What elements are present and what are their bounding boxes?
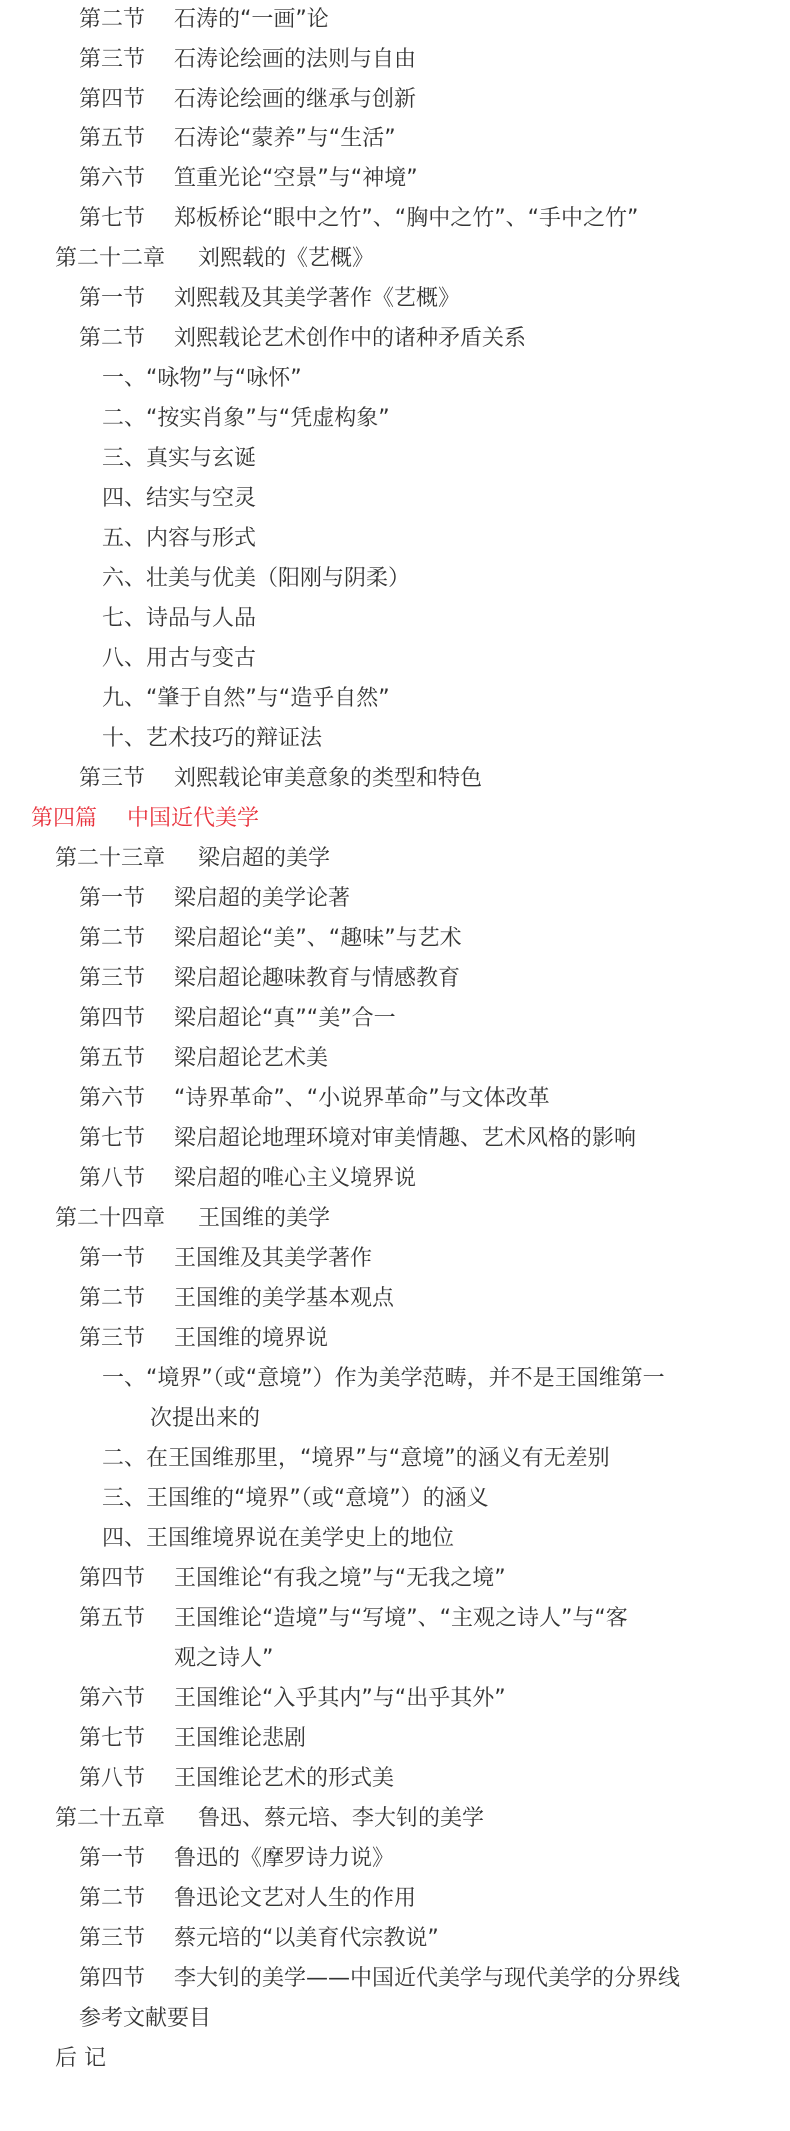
toc-number: 第三节 xyxy=(79,1924,174,1954)
toc-number: 第二十四章 xyxy=(55,1204,198,1234)
toc-title: 三、真实与玄诞 xyxy=(102,446,256,471)
toc-title: 石涛的“一画”论 xyxy=(174,7,329,32)
toc-number: 第二节 xyxy=(79,1284,174,1314)
toc-number: 第四节 xyxy=(79,1564,174,1594)
toc-title: 刘熙载论艺术创作中的诸种矛盾关系 xyxy=(174,326,526,351)
toc-number: 第三节 xyxy=(79,1324,174,1354)
toc-number: 第四节 xyxy=(79,1004,174,1034)
toc-section[interactable]: 第一节刘熙载及其美学著作《艺概》 xyxy=(79,284,460,314)
toc-section[interactable]: 第三节石涛论绘画的法则与自由 xyxy=(79,45,416,75)
toc-item[interactable]: 三、王国维的“境界”（或“意境”）的涵义 xyxy=(102,1484,489,1514)
toc-item[interactable]: 八、用古与变古 xyxy=(102,644,256,674)
toc-section[interactable]: 第三节蔡元培的“以美育代宗教说” xyxy=(79,1924,439,1954)
toc-title: 刘熙载及其美学著作《艺概》 xyxy=(174,286,460,311)
toc-title: 八、用古与变古 xyxy=(102,646,256,671)
toc-item-continuation[interactable]: 次提出来的 xyxy=(150,1404,260,1434)
toc-item[interactable]: 五、内容与形式 xyxy=(102,524,256,554)
toc-number: 第五节 xyxy=(79,1604,174,1634)
toc-number: 第四节 xyxy=(79,1964,174,1994)
toc-number: 第二节 xyxy=(79,1884,174,1914)
toc-number: 第三节 xyxy=(79,45,174,75)
toc-title: 梁启超的唯心主义境界说 xyxy=(174,1166,416,1191)
toc-number: 第一节 xyxy=(79,1244,174,1274)
toc-number: 第八节 xyxy=(79,1164,174,1194)
toc-section[interactable]: 第一节鲁迅的《摩罗诗力说》 xyxy=(79,1844,394,1874)
toc-item[interactable]: 二、“按实肖象”与“凭虚构象” xyxy=(102,404,390,434)
toc-section-continuation[interactable]: 观之诗人” xyxy=(174,1644,273,1674)
toc-number: 第七节 xyxy=(79,1724,174,1754)
toc-section[interactable]: 第三节刘熙载论审美意象的类型和特色 xyxy=(79,764,482,794)
toc-section[interactable]: 参考文献要目 xyxy=(79,2004,211,2034)
toc-section[interactable]: 第六节笪重光论“空景”与“神境” xyxy=(79,164,418,194)
toc-number: 第二节 xyxy=(79,324,174,354)
toc-item[interactable]: 七、诗品与人品 xyxy=(102,604,256,634)
toc-title: 一、“境界”（或“意境”）作为美学范畴，并不是王国维第一 xyxy=(102,1366,665,1391)
toc-chapter[interactable]: 后 记 xyxy=(55,2044,106,2074)
toc-title: 六、壮美与优美（阳刚与阴柔） xyxy=(102,566,410,591)
toc-section[interactable]: 第二节石涛的“一画”论 xyxy=(79,5,329,35)
toc-number: 第二十二章 xyxy=(55,244,198,274)
toc-title: 蔡元培的“以美育代宗教说” xyxy=(174,1926,439,1951)
toc-chapter[interactable]: 第二十五章鲁迅、蔡元培、李大钊的美学 xyxy=(55,1804,484,1834)
toc-number: 第六节 xyxy=(79,1084,174,1114)
toc-number: 第二节 xyxy=(79,924,174,954)
toc-number: 第七节 xyxy=(79,204,174,234)
toc-section[interactable]: 第四节石涛论绘画的继承与创新 xyxy=(79,85,416,115)
toc-chapter[interactable]: 第二十三章梁启超的美学 xyxy=(55,844,330,874)
toc-number: 第一节 xyxy=(79,1844,174,1874)
toc-section[interactable]: 第七节梁启超论地理环境对审美情趣、艺术风格的影响 xyxy=(79,1124,636,1154)
toc-title: 王国维论悲剧 xyxy=(174,1726,306,1751)
toc-section[interactable]: 第五节石涛论“蒙养”与“生活” xyxy=(79,124,396,154)
toc-title: 李大钊的美学——中国近代美学与现代美学的分界线 xyxy=(174,1966,680,1991)
toc-number: 第一节 xyxy=(79,284,174,314)
toc-title: 王国维论艺术的形式美 xyxy=(174,1766,394,1791)
toc-number: 第三节 xyxy=(79,764,174,794)
toc-item[interactable]: 一、“境界”（或“意境”）作为美学范畴，并不是王国维第一 xyxy=(102,1364,665,1394)
toc-title: 参考文献要目 xyxy=(79,2006,211,2031)
toc-section[interactable]: 第六节“诗界革命”、“小说界革命”与文体改革 xyxy=(79,1084,550,1114)
toc-title: 王国维的美学基本观点 xyxy=(174,1286,394,1311)
toc-item[interactable]: 四、王国维境界说在美学史上的地位 xyxy=(102,1524,454,1554)
toc-title: 郑板桥论“眼中之竹”、“胸中之竹”、“手中之竹” xyxy=(174,206,638,231)
toc-section[interactable]: 第七节王国维论悲剧 xyxy=(79,1724,306,1754)
toc-section[interactable]: 第五节王国维论“造境”与“写境”、“主观之诗人”与“客 xyxy=(79,1604,628,1634)
toc-title: 二、在王国维那里，“境界”与“意境”的涵义有无差别 xyxy=(102,1446,610,1471)
toc-chapter[interactable]: 第二十二章刘熙载的《艺概》 xyxy=(55,244,374,274)
toc-title: 三、王国维的“境界”（或“意境”）的涵义 xyxy=(102,1486,489,1511)
toc-title: 梁启超的美学 xyxy=(198,846,330,871)
toc-title: 梁启超论地理环境对审美情趣、艺术风格的影响 xyxy=(174,1126,636,1151)
toc-title: 梁启超的美学论著 xyxy=(174,886,350,911)
toc-item[interactable]: 十、艺术技巧的辩证法 xyxy=(102,724,322,754)
toc-item[interactable]: 四、结实与空灵 xyxy=(102,484,256,514)
toc-number: 第七节 xyxy=(79,1124,174,1154)
toc-title: 观之诗人” xyxy=(174,1646,273,1671)
toc-number: 第三节 xyxy=(79,964,174,994)
toc-section[interactable]: 第五节梁启超论艺术美 xyxy=(79,1044,328,1074)
toc-section[interactable]: 第四节王国维论“有我之境”与“无我之境” xyxy=(79,1564,506,1594)
toc-number: 第四篇 xyxy=(31,804,127,834)
toc-section[interactable]: 第二节鲁迅论文艺对人生的作用 xyxy=(79,1884,416,1914)
toc-title: 中国近代美学 xyxy=(127,806,259,831)
toc-title: 鲁迅、蔡元培、李大钊的美学 xyxy=(198,1806,484,1831)
toc-item[interactable]: 九、“肇于自然”与“造乎自然” xyxy=(102,684,390,714)
toc-title: 后 记 xyxy=(55,2046,106,2071)
toc-title: 石涛论绘画的继承与创新 xyxy=(174,87,416,112)
toc-title: 七、诗品与人品 xyxy=(102,606,256,631)
toc-title: 十、艺术技巧的辩证法 xyxy=(102,726,322,751)
toc-title: 王国维论“造境”与“写境”、“主观之诗人”与“客 xyxy=(174,1606,628,1631)
toc-chapter[interactable]: 第二十四章王国维的美学 xyxy=(55,1204,330,1234)
toc-title: 王国维的美学 xyxy=(198,1206,330,1231)
toc-section[interactable]: 第二节王国维的美学基本观点 xyxy=(79,1284,394,1314)
toc-title: 次提出来的 xyxy=(150,1406,260,1431)
toc-title: 王国维论“有我之境”与“无我之境” xyxy=(174,1566,506,1591)
toc-number: 第八节 xyxy=(79,1764,174,1794)
toc-title: 王国维的境界说 xyxy=(174,1326,328,1351)
toc-title: 梁启超论“真”“美”合一 xyxy=(174,1006,396,1031)
toc-title: 王国维论“入乎其内”与“出乎其外” xyxy=(174,1686,506,1711)
toc-number: 第六节 xyxy=(79,164,174,194)
toc-title: 梁启超论艺术美 xyxy=(174,1046,328,1071)
toc-title: 石涛论“蒙养”与“生活” xyxy=(174,126,396,151)
toc-number: 第二十五章 xyxy=(55,1804,198,1834)
toc-title: 一、“咏物”与“咏怀” xyxy=(102,366,302,391)
toc-title: 鲁迅的《摩罗诗力说》 xyxy=(174,1846,394,1871)
toc-number: 第五节 xyxy=(79,1044,174,1074)
toc-section[interactable]: 第六节王国维论“入乎其内”与“出乎其外” xyxy=(79,1684,506,1714)
toc-section[interactable]: 第一节梁启超的美学论著 xyxy=(79,884,350,914)
toc-section[interactable]: 第四节梁启超论“真”“美”合一 xyxy=(79,1004,396,1034)
toc-number: 第五节 xyxy=(79,124,174,154)
toc-title: 二、“按实肖象”与“凭虚构象” xyxy=(102,406,390,431)
toc-title: “诗界革命”、“小说界革命”与文体改革 xyxy=(174,1086,550,1111)
toc-item[interactable]: 一、“咏物”与“咏怀” xyxy=(102,364,302,394)
toc-number: 第一节 xyxy=(79,884,174,914)
toc-section[interactable]: 第一节王国维及其美学著作 xyxy=(79,1244,372,1274)
toc-number: 第六节 xyxy=(79,1684,174,1714)
toc-title: 五、内容与形式 xyxy=(102,526,256,551)
toc-title: 四、结实与空灵 xyxy=(102,486,256,511)
toc-section[interactable]: 第三节梁启超论趣味教育与情感教育 xyxy=(79,964,460,994)
toc-title: 刘熙载的《艺概》 xyxy=(198,246,374,271)
toc-title: 王国维及其美学著作 xyxy=(174,1246,372,1271)
toc-number: 第四节 xyxy=(79,85,174,115)
toc-title: 石涛论绘画的法则与自由 xyxy=(174,47,416,72)
toc-section[interactable]: 第七节郑板桥论“眼中之竹”、“胸中之竹”、“手中之竹” xyxy=(79,204,638,234)
toc-number: 第二节 xyxy=(79,5,174,35)
toc-section[interactable]: 第八节王国维论艺术的形式美 xyxy=(79,1764,394,1794)
toc-section[interactable]: 第四节李大钊的美学——中国近代美学与现代美学的分界线 xyxy=(79,1964,680,1994)
toc-item[interactable]: 二、在王国维那里，“境界”与“意境”的涵义有无差别 xyxy=(102,1444,610,1474)
toc-title: 笪重光论“空景”与“神境” xyxy=(174,166,418,191)
toc-number: 第二十三章 xyxy=(55,844,198,874)
toc-title: 四、王国维境界说在美学史上的地位 xyxy=(102,1526,454,1551)
toc-title: 鲁迅论文艺对人生的作用 xyxy=(174,1886,416,1911)
toc-section[interactable]: 第三节王国维的境界说 xyxy=(79,1324,328,1354)
toc-section[interactable]: 第二节梁启超论“美”、“趣味”与艺术 xyxy=(79,924,462,954)
toc-part-heading[interactable]: 第四篇中国近代美学 xyxy=(31,804,259,834)
toc-section[interactable]: 第二节刘熙载论艺术创作中的诸种矛盾关系 xyxy=(79,324,526,354)
toc-item[interactable]: 三、真实与玄诞 xyxy=(102,444,256,474)
toc-title: 梁启超论趣味教育与情感教育 xyxy=(174,966,460,991)
toc-title: 九、“肇于自然”与“造乎自然” xyxy=(102,686,390,711)
toc-item[interactable]: 六、壮美与优美（阳刚与阴柔） xyxy=(102,564,410,594)
toc-title: 刘熙载论审美意象的类型和特色 xyxy=(174,766,482,791)
toc-section[interactable]: 第八节梁启超的唯心主义境界说 xyxy=(79,1164,416,1194)
toc-title: 梁启超论“美”、“趣味”与艺术 xyxy=(174,926,462,951)
